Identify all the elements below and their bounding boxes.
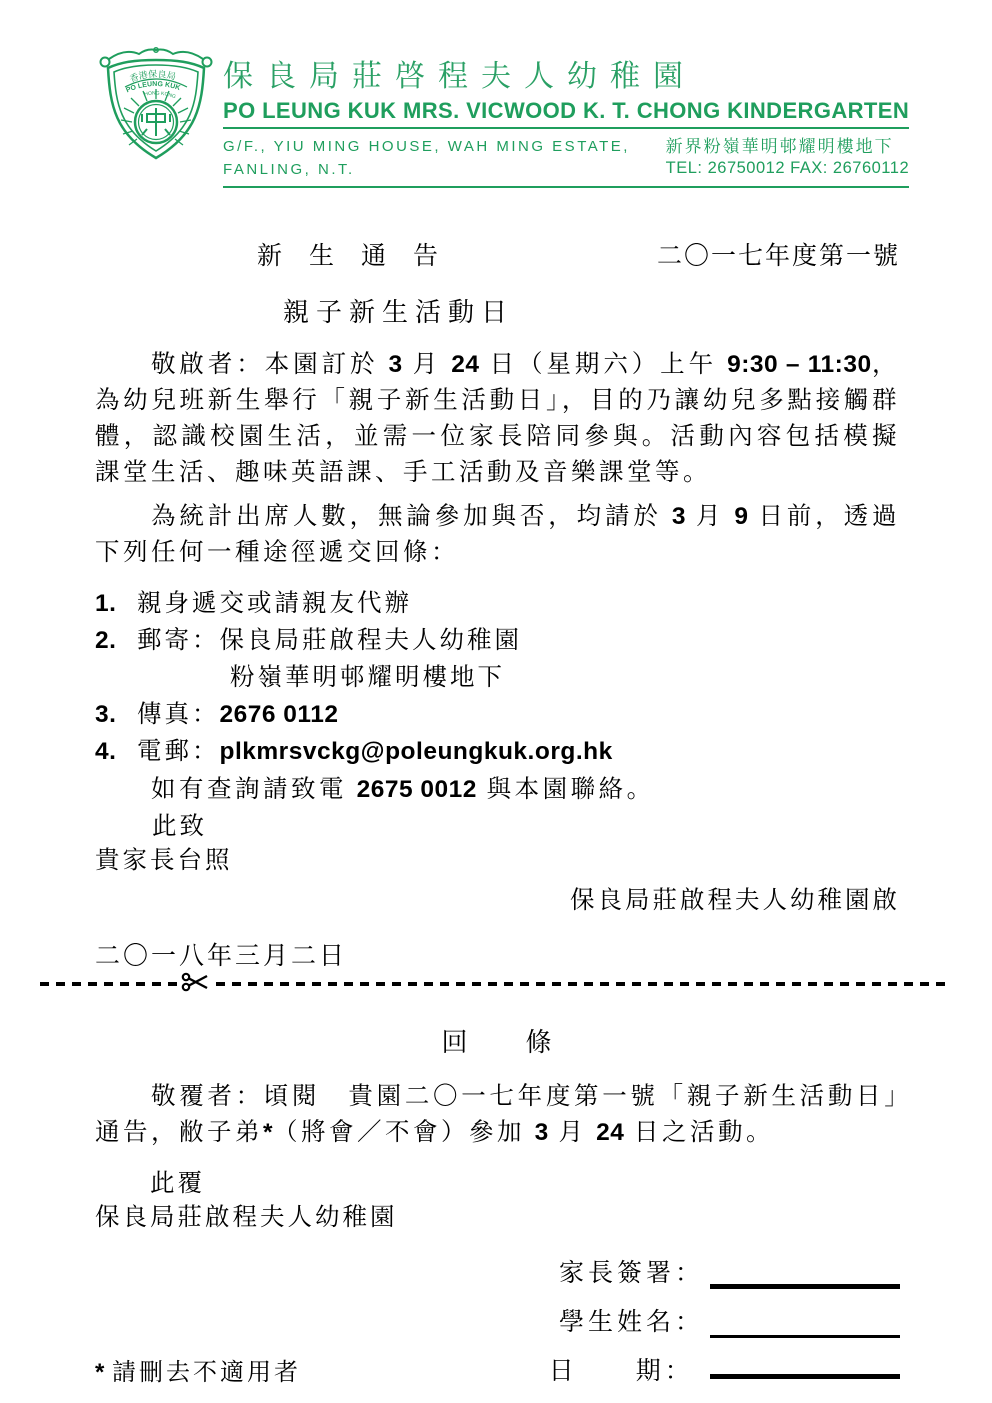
address-english: G/F., YIU MING HOUSE, WAH MING ESTATE, F… bbox=[223, 136, 630, 181]
list-item-number: 3. bbox=[95, 696, 137, 733]
logo-seal-monogram bbox=[142, 108, 170, 136]
kindergarten-notice-document: 香港保良局 PO LEUNG KUK HONG KONG bbox=[0, 0, 992, 1403]
parent-signature-blank[interactable] bbox=[710, 1284, 900, 1289]
reply-signature-fields: 家長簽署： 學生姓名： * 請刪去不適用者 日 期： bbox=[95, 1253, 900, 1387]
address-english-line1: G/F., YIU MING HOUSE, WAH MING ESTATE, bbox=[223, 136, 630, 159]
notice-subject-title: 親子新生活動日 bbox=[283, 292, 900, 329]
cut-here-divider bbox=[95, 974, 900, 994]
school-name-chinese: 保良局莊啓程夫人幼稚園 bbox=[223, 51, 909, 95]
date-blank[interactable] bbox=[710, 1374, 900, 1379]
student-name-row: 學生姓名： bbox=[95, 1302, 900, 1338]
notice-paragraph-2: 為統計出席人數，無論參加與否，均請於 3 月 9 日前，透過下列任何一種途徑遞交… bbox=[95, 499, 900, 571]
issuer-signature: 保良局莊啟程夫人幼稚園啟 bbox=[95, 881, 900, 916]
school-name-english: PO LEUNG KUK MRS. VICWOOD K. T. CHONG KI… bbox=[223, 98, 909, 129]
list-item: 4. 電郵：plkmrsvckg@poleungkuk.org.hk bbox=[95, 733, 900, 770]
parent-signature-label: 家長簽署： bbox=[559, 1253, 704, 1289]
reply-closing-cifu: 此覆 bbox=[95, 1167, 900, 1201]
list-item-text: 親身遞交或請親友代辦 bbox=[137, 585, 412, 622]
list-item-number: 4. bbox=[95, 733, 137, 770]
po-leung-kuk-emblem-logo: 香港保良局 PO LEUNG KUK HONG KONG bbox=[95, 45, 217, 173]
scissors-icon bbox=[177, 971, 213, 993]
notice-paragraph-1: 敬啟者：本園訂於 3 月 24 日（星期六）上午 9:30 – 11:30，為幼… bbox=[95, 347, 900, 491]
list-item: 1. 親身遞交或請親友代辦 bbox=[95, 585, 900, 622]
student-name-blank[interactable] bbox=[710, 1335, 900, 1338]
address-chinese-block: 新界粉嶺華明邨耀明樓地下 TEL: 26750012 FAX: 26760112 bbox=[666, 136, 909, 178]
notice-date: 二〇一八年三月二日 bbox=[95, 936, 900, 972]
date-field-group: 日 期： bbox=[549, 1351, 900, 1387]
enquiry-line: 如有查詢請致電 2675 0012 與本園聯絡。 bbox=[95, 772, 900, 808]
list-item-number: 1. bbox=[95, 585, 137, 622]
address-english-line2: FANLING, N.T. bbox=[223, 159, 630, 182]
delete-inapplicable-footnote: * 請刪去不適用者 bbox=[95, 1352, 301, 1387]
closing-addressee: 貴家長台照 bbox=[95, 844, 900, 878]
tel-fax-line: TEL: 26750012 FAX: 26760112 bbox=[666, 159, 909, 178]
reply-closing-block: 此覆 保良局莊啟程夫人幼稚園 bbox=[95, 1167, 900, 1235]
date-row: * 請刪去不適用者 日 期： bbox=[95, 1351, 900, 1387]
address-chinese: 新界粉嶺華明邨耀明樓地下 bbox=[666, 136, 909, 159]
doc-type-title: 新 生 通 告 bbox=[257, 236, 439, 272]
closing-cizhi: 此致 bbox=[95, 810, 900, 844]
list-item-text: 郵寄：保良局莊啟程夫人幼稚園 bbox=[137, 622, 522, 659]
svg-text:HONG KONG: HONG KONG bbox=[144, 90, 177, 100]
list-item-text: 傳真：2676 0112 bbox=[137, 696, 338, 733]
address-row: G/F., YIU MING HOUSE, WAH MING ESTATE, F… bbox=[223, 136, 909, 181]
list-item-number: 2. bbox=[95, 622, 137, 659]
logo-arc-hongkong-text: HONG KONG bbox=[144, 90, 177, 100]
doc-number: 二〇一七年度第一號 bbox=[657, 236, 900, 272]
parent-signature-row: 家長簽署： bbox=[95, 1253, 900, 1289]
reply-slip-title: 回 條 bbox=[95, 1022, 900, 1059]
letterhead-text: 保良局莊啓程夫人幼稚園 PO LEUNG KUK MRS. VICWOOD K.… bbox=[217, 45, 909, 188]
list-item-email: 電郵：plkmrsvckg@poleungkuk.org.hk bbox=[137, 733, 613, 770]
letterhead: 香港保良局 PO LEUNG KUK HONG KONG bbox=[95, 45, 900, 188]
closing-block: 此致 貴家長台照 bbox=[95, 810, 900, 878]
list-item: 2. 郵寄：保良局莊啟程夫人幼稚園 bbox=[95, 622, 900, 659]
student-name-label: 學生姓名： bbox=[559, 1302, 704, 1338]
list-item: 3. 傳真：2676 0112 bbox=[95, 696, 900, 733]
doc-title-row: 新 生 通 告 二〇一七年度第一號 bbox=[95, 236, 900, 272]
date-label: 日 期： bbox=[549, 1358, 694, 1385]
submission-methods-list: 1. 親身遞交或請親友代辦 2. 郵寄：保良局莊啟程夫人幼稚園 粉嶺華明邨耀明樓… bbox=[95, 585, 900, 770]
letterhead-rule bbox=[223, 186, 909, 188]
list-item-continuation: 粉嶺華明邨耀明樓地下 bbox=[95, 659, 900, 696]
reply-closing-addressee: 保良局莊啟程夫人幼稚園 bbox=[95, 1201, 900, 1235]
reply-slip-paragraph: 敬覆者：頃閱 貴園二〇一七年度第一號「親子新生活動日」通告，敝子弟*（將會／不會… bbox=[95, 1079, 900, 1151]
